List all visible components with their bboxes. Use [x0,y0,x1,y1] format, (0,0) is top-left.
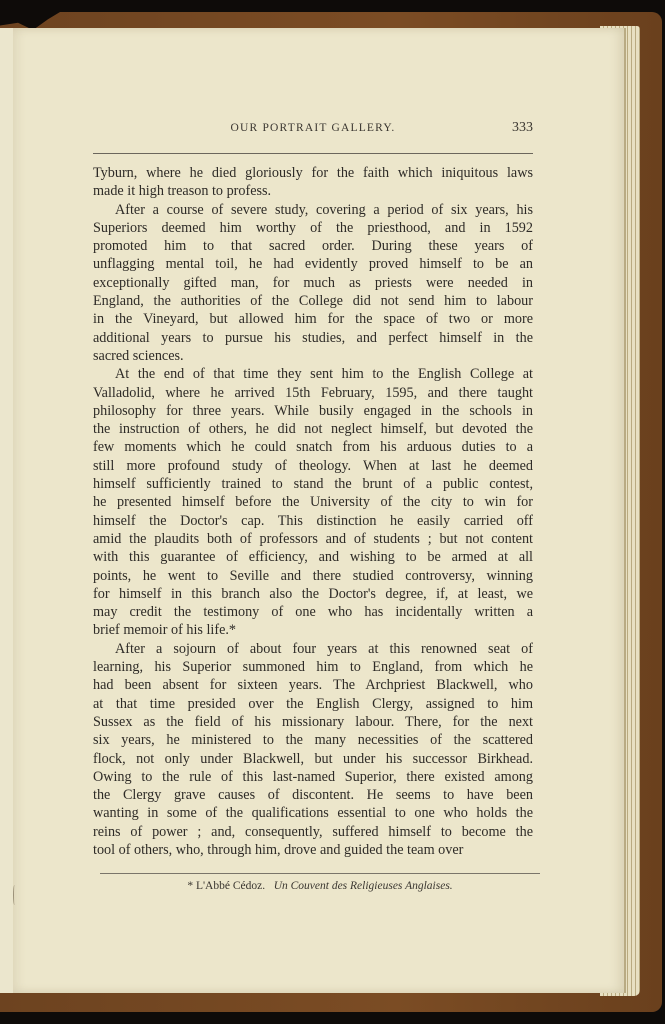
text-line: learning, his Superior summoned him to E… [93,658,533,676]
text-line: sacred sciences. [93,347,533,365]
text-line: points, he went to Seville and there stu… [93,567,533,585]
text-line: had been absent for sixteen years. The A… [93,676,533,694]
text-line: himself sufficiently trained to stand th… [93,475,533,493]
text-line: After a sojourn of about four years at t… [93,640,533,658]
text-line: amid the plaudits both of professors and… [93,530,533,548]
text-line: with this guarantee of efficiency, and w… [93,548,533,566]
text-line: the Clergy grave causes of discontent. H… [93,786,533,804]
text-line: exceptionally gifted man, for much as pr… [93,274,533,292]
text-line: himself the Doctor's cap. This distincti… [93,512,533,530]
text-line: wanting in some of the qualifications es… [93,804,533,822]
text-line: brief memoir of his life.* [93,621,533,639]
text-line: Superiors deemed him worthy of the pries… [93,219,533,237]
running-head: OUR PORTRAIT GALLERY. 333 [93,122,533,142]
text-line: unflagging mental toil, he had evidently… [93,255,533,273]
footnote-rule [100,873,540,874]
text-line: reins of power ; and, consequently, suff… [93,823,533,841]
text-line: six years, he ministered to the many nec… [93,731,533,749]
text-line: flock, not only under Blackwell, but und… [93,750,533,768]
text-line: promoted him to that sacred order. Durin… [93,237,533,255]
header-rule [93,153,533,154]
page-edge-shadow [624,28,626,993]
running-title: OUR PORTRAIT GALLERY. [93,122,533,134]
text-line: made it high treason to profess. [93,182,533,200]
text-line: he presented himself before the Universi… [93,493,533,511]
text-line: may credit the testimony of one who has … [93,603,533,621]
text-line: After a course of severe study, covering… [93,201,533,219]
page-number: 333 [512,120,533,136]
footnote-work-title: Un Couvent des Religieuses Anglaises. [274,880,453,892]
text-line: few moments which he could snatch from h… [93,438,533,456]
text-line: the instruction of others, he did not ne… [93,420,533,438]
text-line: Owing to the rule of this last-named Sup… [93,768,533,786]
text-line: in the Vineyard, but allowed him for the… [93,310,533,328]
text-line: additional years to pursue his studies, … [93,329,533,347]
text-line: Sussex as the field of his missionary la… [93,713,533,731]
footnote-marker: * [187,880,193,892]
margin-mark [13,885,16,905]
text-line: At the end of that time they sent him to… [93,365,533,383]
footnote-author: L'Abbé Cédoz. [196,880,265,892]
text-line: still more profound study of theology. W… [93,457,533,475]
text-line: Valladolid, where he arrived 15th Februa… [93,384,533,402]
text-line: Tyburn, where he died gloriously for the… [93,164,533,182]
text-line: for himself in this branch also the Doct… [93,585,533,603]
text-line: England, the authorities of the College … [93,292,533,310]
text-line: at that time presided over the English C… [93,695,533,713]
body-text: Tyburn, where he died gloriously for the… [93,164,533,859]
text-line: tool of others, who, through him, drove … [93,841,533,859]
footnote: * L'Abbé Cédoz. Un Couvent des Religieus… [100,880,540,892]
text-line: philosophy for three years. While busily… [93,402,533,420]
